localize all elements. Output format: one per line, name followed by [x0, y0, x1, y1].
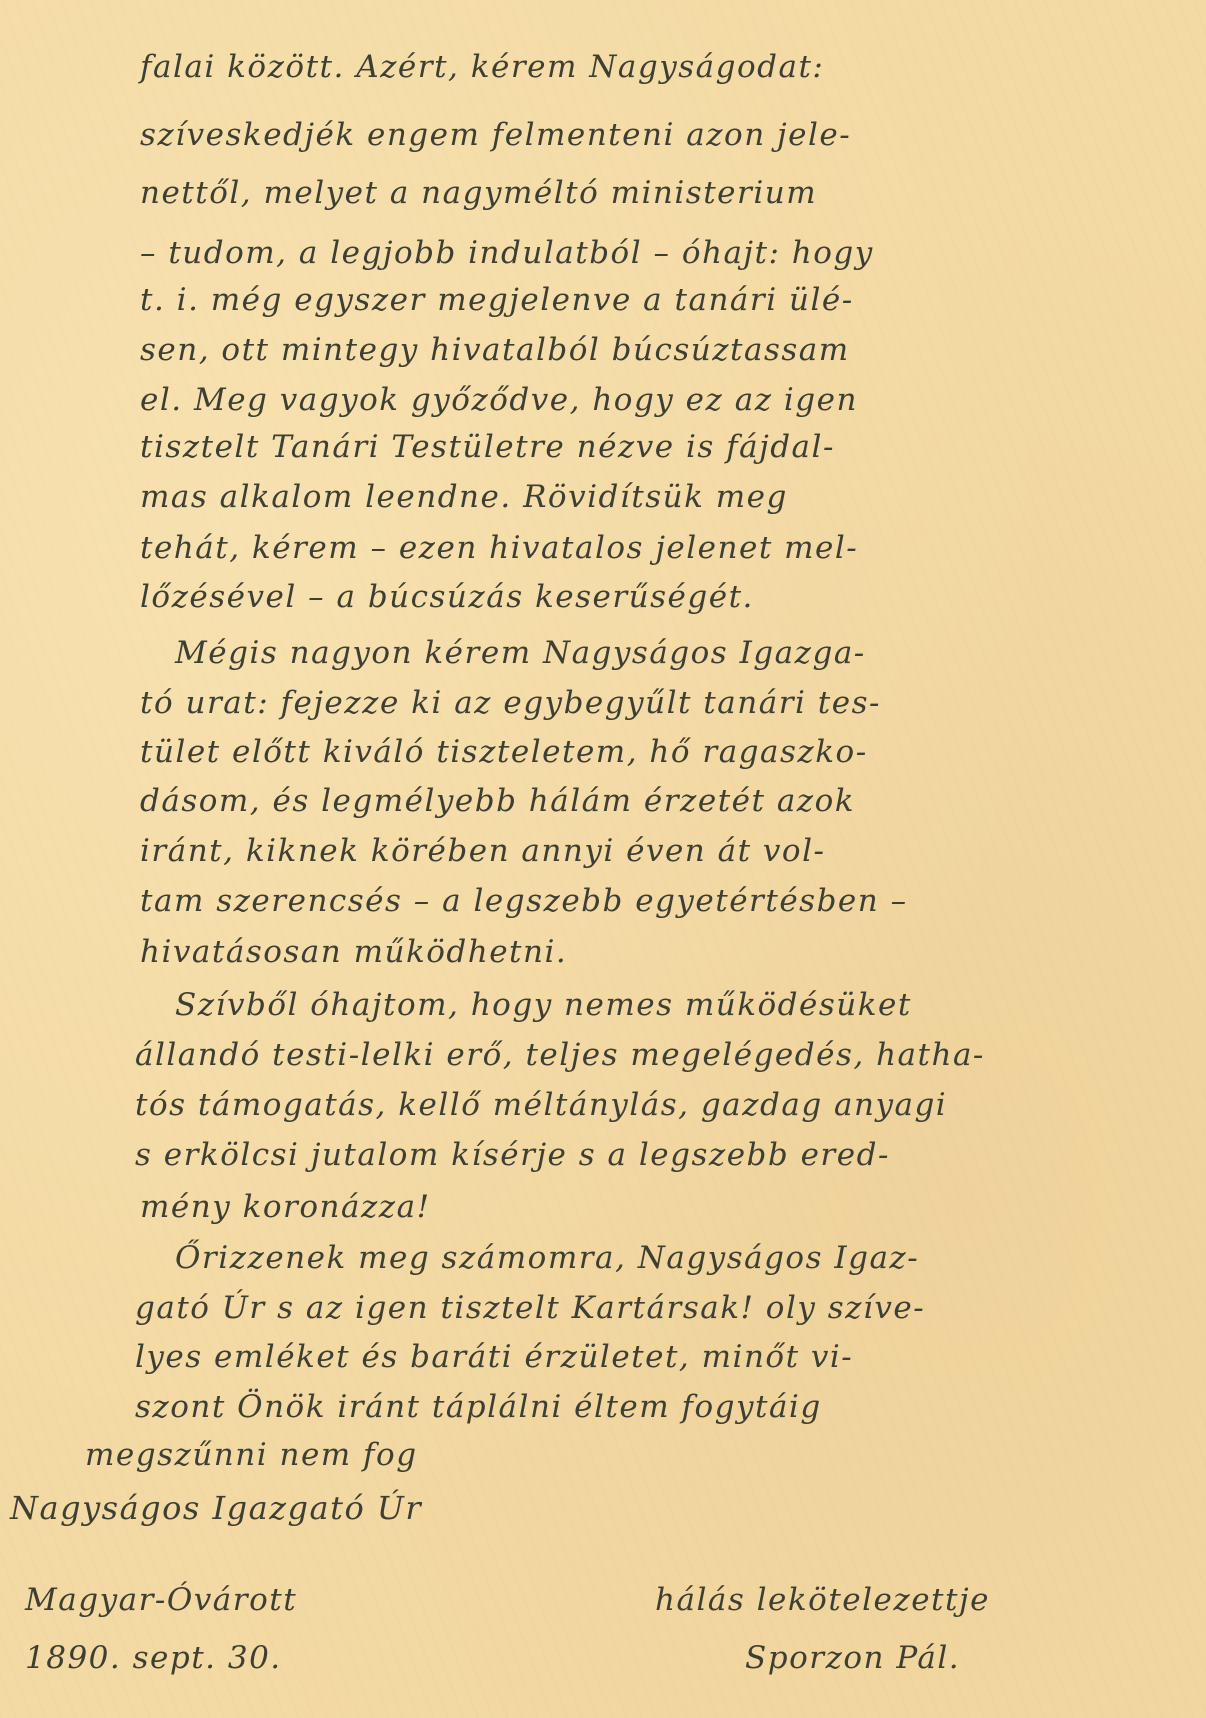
letter-line: tam szerencsés – a legszebb egyetértésbe…: [140, 886, 908, 917]
letter-line: tós támogatás, kellő méltánylás, gazdag …: [135, 1090, 947, 1121]
signature: Sporzon Pál.: [745, 1643, 960, 1674]
letter-line: megszűnni nem fog: [85, 1440, 418, 1471]
letter-line: sen, ott mintegy hivatalból búcsúztassam: [140, 335, 850, 366]
letter-line: iránt, kiknek körében annyi éven át vol-: [140, 836, 825, 867]
letter-page: falai között. Azért, kérem Nagyságodat: …: [0, 0, 1206, 1718]
letter-line: tehát, kérem – ezen hivatalos jelenet me…: [140, 533, 858, 564]
letter-line: el. Meg vagyok győződve, hogy ez az igen: [140, 385, 858, 416]
letter-line: mény koronázza!: [140, 1192, 431, 1223]
letter-line: állandó testi-lelki erő, teljes megelége…: [135, 1040, 985, 1071]
letter-line: nettől, melyet a nagyméltó ministerium: [140, 178, 817, 209]
letter-line: tó urat: fejezze ki az egybegyűlt tanári…: [140, 688, 881, 719]
letter-line: t. i. még egyszer megjelenve a tanári ül…: [140, 285, 854, 316]
letter-line: tisztelt Tanári Testületre nézve is fájd…: [140, 432, 835, 463]
place: Magyar-Óvárott: [25, 1585, 297, 1616]
letter-line: falai között. Azért, kérem Nagyságodat:: [140, 52, 824, 83]
letter-line: szont Önök iránt táplálni éltem fogytáig: [135, 1392, 822, 1423]
salutation: Nagyságos Igazgató Úr: [10, 1492, 422, 1524]
closing-phrase: hálás lekötelezettje: [655, 1585, 990, 1616]
letter-line: gató Úr s az igen tisztelt Kartársak! ol…: [135, 1293, 925, 1324]
letter-line: Mégis nagyon kérem Nagyságos Igazga-: [175, 638, 866, 669]
letter-line: s erkölcsi jutalom kísérje s a legszebb …: [135, 1140, 890, 1171]
letter-line: tület előtt kiváló tiszteletem, hő ragas…: [140, 737, 868, 768]
letter-line: Őrizzenek meg számomra, Nagyságos Igaz-: [175, 1243, 919, 1274]
letter-line: – tudom, a legjobb indulatból – óhajt: h…: [140, 238, 874, 269]
letter-line: lőzésével – a búcsúzás keserűségét.: [140, 582, 754, 613]
letter-line: hivatásosan működhetni.: [140, 937, 567, 968]
letter-line: szíveskedjék engem felmenteni azon jele-: [140, 120, 851, 151]
letter-line: Szívből óhajtom, hogy nemes működésüket: [175, 990, 912, 1021]
letter-line: lyes emléket és baráti érzületet, minőt …: [135, 1342, 853, 1373]
letter-line: dásom, és legmélyebb hálám érzetét azok: [140, 786, 855, 817]
date: 1890. sept. 30.: [25, 1643, 282, 1674]
letter-line: mas alkalom leendne. Rövidítsük meg: [140, 482, 788, 513]
